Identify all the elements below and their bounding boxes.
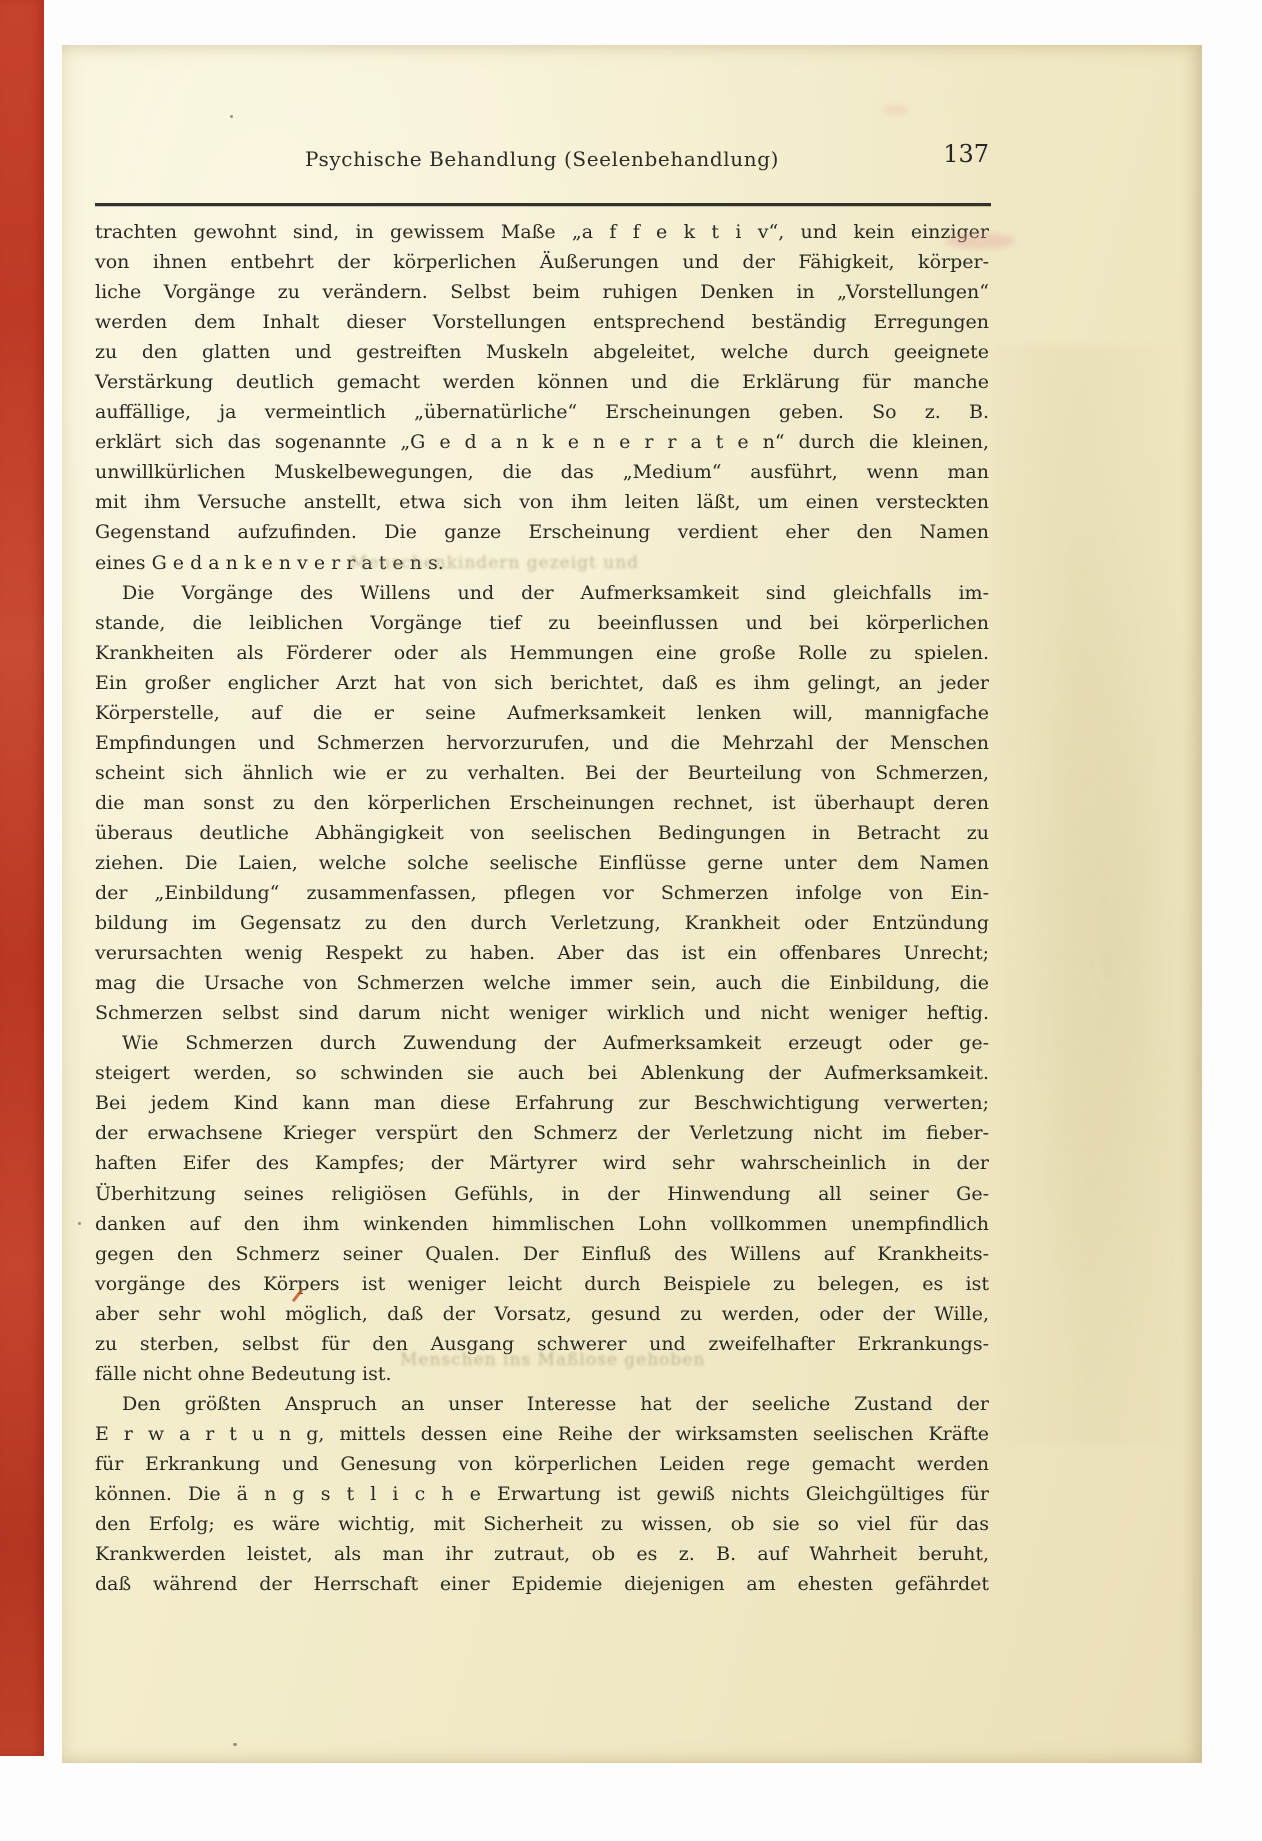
body-text: trachten gewohnt sind, in gewissem Maße … — [95, 217, 989, 1599]
text-line: vorgänge des Körpers ist weniger leicht … — [95, 1269, 989, 1299]
text-line: Ein großer englicher Arzt hat von sich b… — [95, 668, 989, 698]
book-edge-strip — [0, 0, 44, 1756]
text-line: Bei jedem Kind kann man diese Erfahrung … — [95, 1088, 989, 1118]
bleed-through-text: Menschenkindern gezeigt und — [350, 553, 639, 573]
text-line: Schmerzen selbst sind darum nicht wenige… — [95, 998, 989, 1028]
text-line: liche Vorgänge zu verändern. Selbst beim… — [95, 277, 989, 307]
text-line: aber sehr wohl möglich, daß der Vorsatz,… — [95, 1299, 989, 1329]
text-line: Gegenstand aufzufinden. Die ganze Ersche… — [95, 517, 989, 547]
text-line: den Erfolg; es wäre wichtig, mit Sicherh… — [95, 1509, 989, 1539]
text-line: von ihnen entbehrt der körperlichen Äuße… — [95, 247, 989, 277]
text-line: Überhitzung seines religiösen Gefühls, i… — [95, 1179, 989, 1209]
scan-speck — [78, 1222, 81, 1225]
text-line: Körperstelle, auf die er seine Aufmerksa… — [95, 698, 989, 728]
text-line: Empfindungen und Schmerzen hervorzurufen… — [95, 728, 989, 758]
text-line: der erwachsene Krieger verspürt den Schm… — [95, 1118, 989, 1148]
text-line: zu den glatten und gestreiften Muskeln a… — [95, 337, 989, 367]
text-line: Wie Schmerzen durch Zuwendung der Aufmer… — [95, 1028, 989, 1058]
text-line: können. Die ä n g s t l i c h e Erwartun… — [95, 1479, 989, 1509]
scan-smudge — [882, 105, 908, 115]
text-line: mit ihm Versuche anstellt, etwa sich von… — [95, 487, 989, 517]
scan-speck — [230, 115, 233, 118]
text-line: werden dem Inhalt dieser Vorstellungen e… — [95, 307, 989, 337]
text-line: auffällige, ja vermeintlich „übernatürli… — [95, 397, 989, 427]
text-line: erklärt sich das sogenannte „G e d a n k… — [95, 427, 989, 457]
text-line: verursachten wenig Respekt zu haben. Abe… — [95, 938, 989, 968]
text-line: Den größten Anspruch an unser Interesse … — [95, 1389, 989, 1419]
text-line: überaus deutliche Abhängigkeit von seeli… — [95, 818, 989, 848]
scan-smudge — [945, 233, 1015, 249]
text-line: stande, die leiblichen Vorgänge tief zu … — [95, 608, 989, 638]
text-line: trachten gewohnt sind, in gewissem Maße … — [95, 217, 989, 247]
text-line: ziehen. Die Laien, welche solche seelisc… — [95, 848, 989, 878]
text-line: E r w a r t u n g, mittels dessen eine R… — [95, 1419, 989, 1449]
page-number: 137 — [95, 140, 989, 168]
text-line: der „Einbildung“ zusammenfassen, pflegen… — [95, 878, 989, 908]
text-line: Verstärkung deutlich gemacht werden könn… — [95, 367, 989, 397]
text-line: Krankheiten als Förderer oder als Hemmun… — [95, 638, 989, 668]
text-line: Krankwerden leistet, als man ihr zutraut… — [95, 1539, 989, 1569]
text-line: danken auf den ihm winkenden himmlischen… — [95, 1209, 989, 1239]
text-line: daß während der Herrschaft einer Epidemi… — [95, 1569, 989, 1599]
text-line: für Erkrankung und Genesung von körperli… — [95, 1449, 989, 1479]
text-line: die man sonst zu den körperlichen Ersche… — [95, 788, 989, 818]
header-rule — [95, 203, 991, 206]
text-line: unwillkürlichen Muskelbewegungen, die da… — [95, 457, 989, 487]
scanned-book-screenshot: Psychische Behandlung (Seelenbehandlung)… — [0, 0, 1262, 1841]
text-line: Die Vorgänge des Willens und der Aufmerk… — [95, 578, 989, 608]
page-margin-texture — [992, 345, 1202, 1445]
text-line: mag die Ursache von Schmerzen welche imm… — [95, 968, 989, 998]
scanned-page: Psychische Behandlung (Seelenbehandlung)… — [62, 45, 1202, 1763]
text-line: bildung im Gegensatz zu den durch Verlet… — [95, 908, 989, 938]
bleed-through-text: Menschen ins Maßlose gehoben — [400, 1350, 705, 1370]
text-line: scheint sich ähnlich wie er zu verhalten… — [95, 758, 989, 788]
scan-speck — [233, 1743, 237, 1746]
text-line: gegen den Schmerz seiner Qualen. Der Ein… — [95, 1239, 989, 1269]
text-line: haften Eifer des Kampfes; der Märtyrer w… — [95, 1148, 989, 1178]
text-line: steigert werden, so schwinden sie auch b… — [95, 1058, 989, 1088]
